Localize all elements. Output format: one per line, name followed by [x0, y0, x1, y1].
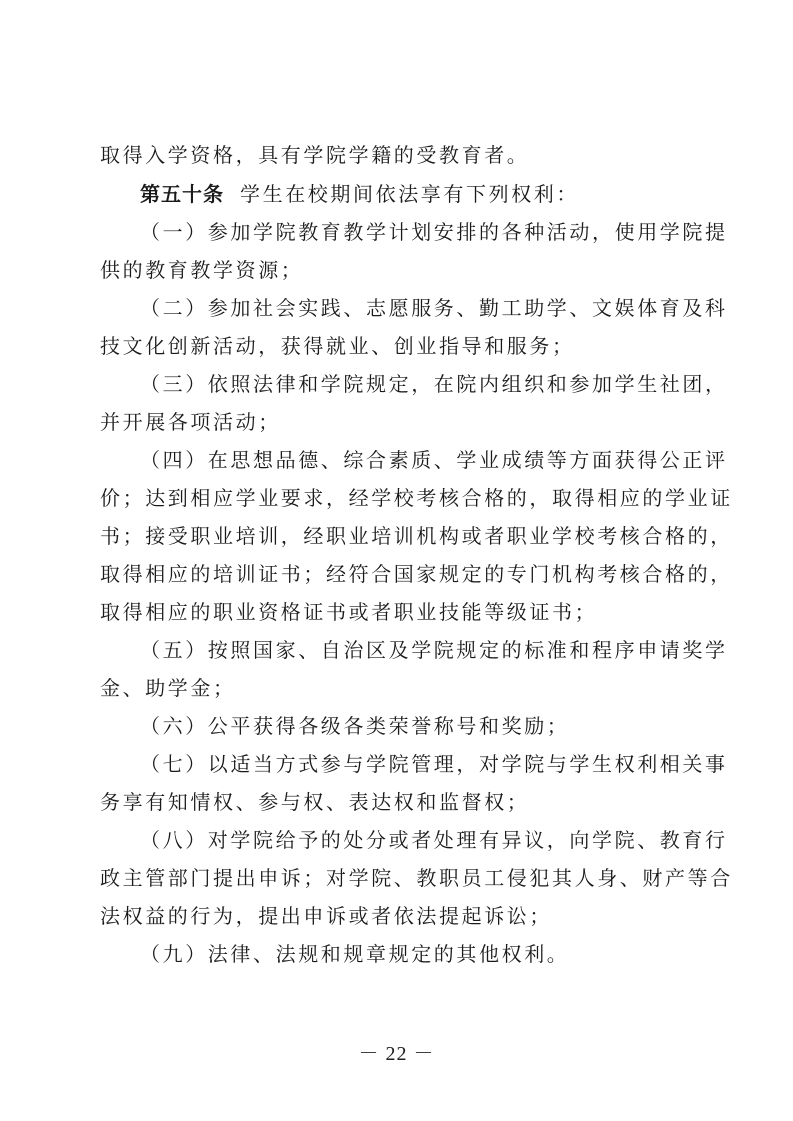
document-page: 取得入学资格，具有学院学籍的受教育者。 第五十条学生在校期间依法享有下列权利： …: [0, 0, 793, 1121]
text-line: 务享有知情权、参与权、表达权和监督权；: [100, 790, 704, 814]
text-line: （五）按照国家、自治区及学院规定的标准和程序申请奖学: [140, 638, 704, 662]
text-line: （七）以适当方式参与学院管理，对学院与学生权利相关事: [140, 752, 704, 776]
article-heading: 第五十条: [140, 182, 224, 206]
text-line: 取得相应的培训证书；经符合国家规定的专门机构考核合格的，: [100, 562, 704, 586]
article-50-line: 第五十条学生在校期间依法享有下列权利：: [140, 182, 704, 206]
text-line: （四）在思想品德、综合素质、学业成绩等方面获得公正评: [140, 448, 704, 472]
page-number: － 22 －: [0, 1037, 793, 1066]
text-line: （六）公平获得各级各类荣誉称号和奖励；: [140, 714, 704, 738]
text-line: （一）参加学院教育教学计划安排的各种活动，使用学院提: [140, 220, 704, 244]
text-line: 供的教育教学资源；: [100, 258, 704, 282]
text-line: 取得相应的职业资格证书或者职业技能等级证书；: [100, 600, 704, 624]
text-line: 技文化创新活动，获得就业、创业指导和服务；: [100, 334, 704, 358]
text-line: （二）参加社会实践、志愿服务、勤工助学、文娱体育及科: [140, 296, 704, 320]
text-line: （八）对学院给予的处分或者处理有异议，向学院、教育行: [140, 828, 704, 852]
article-intro: 学生在校期间依法享有下列权利：: [240, 182, 579, 206]
text-line: 法权益的行为，提出申诉或者依法提起诉讼；: [100, 904, 704, 928]
text-line: （三）依照法律和学院规定，在院内组织和参加学生社团，: [140, 372, 704, 396]
text-line: 政主管部门提出申诉；对学院、教职员工侵犯其人身、财产等合: [100, 866, 704, 890]
text-line: （九）法律、法规和规章规定的其他权利。: [140, 942, 704, 966]
text-line: 书；接受职业培训，经职业培训机构或者职业学校考核合格的，: [100, 524, 704, 548]
text-line: 价；达到相应学业要求，经学校考核合格的，取得相应的学业证: [100, 486, 704, 510]
text-line: 金、助学金；: [100, 676, 704, 700]
text-line: 并开展各项活动；: [100, 410, 704, 434]
text-line: 取得入学资格，具有学院学籍的受教育者。: [100, 143, 704, 167]
